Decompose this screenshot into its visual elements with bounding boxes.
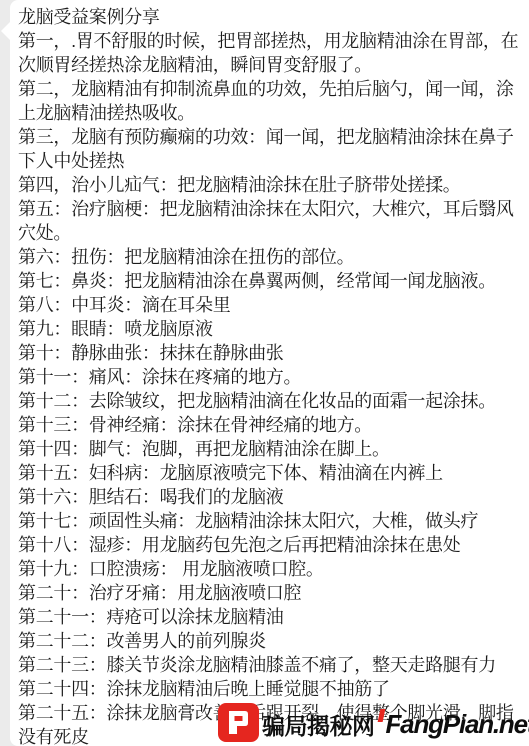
watermark-site-name-cn: 骗局揭秘网 bbox=[262, 715, 375, 742]
text-line: 第十七：顽固性头痛：龙脑精油涂抹太阳穴，大椎，做头疗 bbox=[18, 509, 529, 533]
text-line: 第二十二：改善男人的前列腺炎 bbox=[18, 629, 529, 653]
bubble-tail bbox=[1, 21, 11, 41]
text-line: 第十八：湿疹：用龙脑药包先泡之后再把精油涂抹在患处 bbox=[18, 533, 529, 557]
text-line: 第十四：脚气：泡脚，再把龙脑精油涂在脚上。 bbox=[18, 437, 529, 461]
text-line: 第二十三：膝关节炎涂龙脑精油膝盖不痛了，整天走路腿有力 bbox=[18, 653, 529, 677]
text-line: 第六：扭伤：把龙脑精油涂在扭伤的部位。 bbox=[18, 245, 529, 269]
text-line: 第十五：妇科病：龙脑原液喷完下体、精油滴在内裤上 bbox=[18, 461, 529, 485]
text-line: 第七：鼻炎：把龙脑精油涂在鼻翼两侧，经常闻一闻龙脑液。 bbox=[18, 269, 529, 293]
message-text: 龙脑受益案例分享 第一，.胃不舒服的时候，把胃部搓热，用龙脑精油涂在胃部，在次顺… bbox=[18, 5, 529, 746]
text-line: 第三，龙脑有预防癫痫的功效：闻一闻，把龙脑精油涂抹在鼻子 bbox=[18, 125, 529, 149]
text-line: 第二，龙脑精油有抑制流鼻血的功效，先拍后脑勺，闻一闻，涂 bbox=[18, 77, 529, 101]
chat-screenshot: 龙脑受益案例分享 第一，.胃不舒服的时候，把胃部搓热，用龙脑精油涂在胃部，在次顺… bbox=[0, 0, 529, 746]
text-line: 第五：治疗脑梗：把龙脑精油涂抹在太阳穴，大椎穴，耳后翳风 bbox=[18, 197, 529, 221]
text-line: 第十六：胆结石：喝我们的龙脑液 bbox=[18, 485, 529, 509]
text-line: 第二十一：痔疮可以涂抹龙脑精油 bbox=[18, 605, 529, 629]
text-line: 第九：眼睛：喷龙脑原液 bbox=[18, 317, 529, 341]
text-line: 次顺胃经搓热涂龙脑精油，瞬间胃变舒服了。 bbox=[18, 53, 529, 77]
watermark: 骗局揭秘网 FangPian.net bbox=[218, 701, 529, 742]
text-line: 第二十：治疗牙痛：用龙脑液喷口腔 bbox=[18, 581, 529, 605]
watermark-tick-icon bbox=[377, 709, 385, 722]
text-line: 第十：静脉曲张：抹抹在静脉曲张 bbox=[18, 341, 529, 365]
message-lines: 第一，.胃不舒服的时候，把胃部搓热，用龙脑精油涂在胃部，在次顺胃经搓热涂龙脑精油… bbox=[18, 29, 529, 746]
text-line: 第四，治小儿疝气：把龙脑精油涂抹在肚子脐带处搓揉。 bbox=[18, 173, 529, 197]
fangpian-logo-icon bbox=[218, 703, 259, 742]
text-line: 第十一：痛风：涂抹在疼痛的地方。 bbox=[18, 365, 529, 389]
text-line: 第一，.胃不舒服的时候，把胃部搓热，用龙脑精油涂在胃部，在 bbox=[18, 29, 529, 53]
text-line: 第十二：去除皱纹，把龙脑精油滴在化妆品的面霜一起涂抹。 bbox=[18, 389, 529, 413]
watermark-site-name-en: FangPian.net bbox=[386, 711, 529, 742]
text-line: 第二十四：涂抹龙脑精油后晚上睡觉腿不抽筋了 bbox=[18, 677, 529, 701]
text-line: 穴处。 bbox=[18, 221, 529, 245]
text-line: 第十九：口腔溃疡： 用龙脑液喷口腔。 bbox=[18, 557, 529, 581]
text-line: 下人中处搓热 bbox=[18, 149, 529, 173]
text-line: 第八：中耳炎：滴在耳朵里 bbox=[18, 293, 529, 317]
text-line: 上龙脑精油搓热吸收。 bbox=[18, 101, 529, 125]
text-line: 第十三：骨神经痛：涂抹在骨神经痛的地方。 bbox=[18, 413, 529, 437]
message-title: 龙脑受益案例分享 bbox=[18, 5, 529, 29]
